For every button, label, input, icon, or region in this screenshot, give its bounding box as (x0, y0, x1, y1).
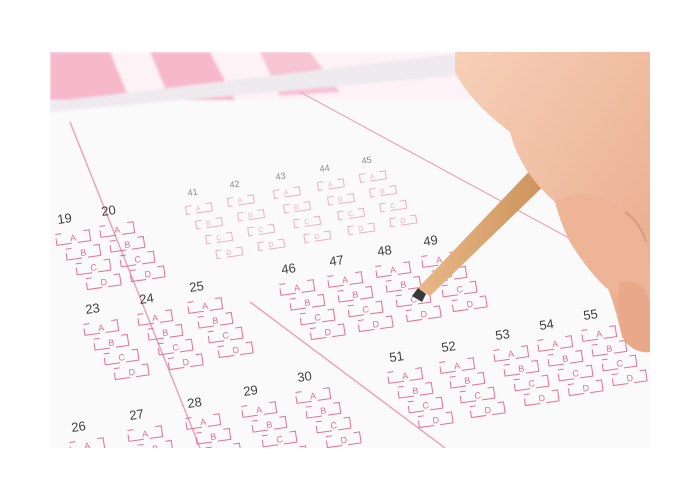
option-letter: C (216, 235, 222, 243)
option-letter: B (162, 327, 169, 338)
option-letter: D (144, 269, 152, 280)
question-28: 28ABCD (182, 389, 251, 448)
option-letter: B (562, 353, 569, 364)
option-letter: D (420, 309, 428, 320)
question-42: 42ABCD (225, 174, 285, 254)
option-letter: D (358, 226, 364, 234)
option-letter: C (456, 284, 464, 295)
question-number: 43 (275, 171, 286, 182)
option-letter: C (172, 342, 180, 353)
option-letter: B (266, 419, 273, 430)
question-number: 25 (188, 278, 204, 295)
question-number: 48 (376, 242, 392, 259)
question-24: 24ABCD (134, 285, 203, 373)
option-letter: A (369, 173, 375, 181)
option-letter: D (324, 327, 332, 338)
question-number: 49 (422, 232, 438, 249)
option-letter: B (108, 337, 115, 348)
option-letter: C (330, 420, 338, 431)
option-letter: C (134, 254, 142, 265)
question-number: 28 (186, 394, 202, 411)
option-letter: D (466, 299, 474, 310)
option-letter: C (222, 330, 230, 341)
option-letter: B (304, 297, 311, 308)
option-letter: A (199, 417, 206, 428)
question-number: 20 (100, 202, 116, 219)
option-letter: A (309, 391, 316, 402)
question-number: 27 (128, 406, 144, 423)
option-letter: A (453, 361, 460, 372)
option-letter: B (152, 443, 159, 448)
option-letter: A (83, 441, 90, 448)
option-letter: B (380, 188, 386, 196)
question-number: 42 (229, 179, 240, 190)
option-letter: C (528, 378, 536, 389)
option-letter: D (268, 242, 274, 250)
option-letter: C (390, 203, 396, 211)
option-letter: A (237, 197, 243, 205)
option-letter: D (128, 367, 136, 378)
option-letter: D (538, 393, 546, 404)
question-27: 27ABCD (124, 401, 193, 448)
question-25: 25ABCD (184, 273, 253, 361)
option-letter: B (124, 239, 131, 250)
option-letter: D (100, 277, 108, 288)
question-number: 30 (296, 368, 312, 385)
option-letter: B (338, 196, 344, 204)
option-letter: D (400, 218, 406, 226)
column-divider (70, 122, 200, 448)
option-letter: A (255, 405, 262, 416)
option-letter: C (616, 358, 624, 369)
option-letter: D (226, 250, 232, 258)
option-letter: A (341, 275, 348, 286)
question-51: 51ABCD (384, 343, 453, 431)
option-letter: D (372, 319, 380, 330)
option-letter: A (551, 339, 558, 350)
question-number: 44 (319, 163, 330, 174)
answer-sheet-photo: 19ABCD20ABCD23ABCD24ABCD25ABCD26ABCD27AB… (50, 52, 650, 448)
option-letter: B (206, 220, 212, 228)
answer-bubble (272, 446, 307, 448)
option-letter: A (151, 313, 158, 324)
option-letter: C (220, 446, 228, 448)
question-43: 43ABCD (271, 166, 331, 246)
question-23: 23ABCD (80, 295, 149, 383)
question-number: 46 (280, 260, 296, 277)
question-20: 20ABCD (96, 197, 165, 285)
option-letter: B (518, 363, 525, 374)
option-letter: B (412, 385, 419, 396)
question-52: 52ABCD (436, 333, 505, 421)
option-letter: C (474, 390, 482, 401)
option-letter: D (626, 373, 634, 384)
question-number: 24 (138, 290, 154, 307)
option-letter: D (340, 435, 348, 446)
option-letter: A (401, 371, 408, 382)
column-divider (250, 302, 445, 448)
option-letter: A (293, 283, 300, 294)
option-letter: C (118, 352, 126, 363)
question-47: 47ABCD (324, 247, 393, 335)
option-letter: A (389, 265, 396, 276)
option-letter: B (400, 279, 407, 290)
option-letter: B (212, 315, 219, 326)
option-letter: A (327, 181, 333, 189)
question-number: 23 (84, 300, 100, 317)
photo-illustration: 19ABCD20ABCD23ABCD24ABCD25ABCD26ABCD27AB… (50, 52, 650, 448)
option-letter: B (294, 204, 300, 212)
option-letter: A (69, 233, 76, 244)
question-number: 55 (582, 306, 598, 323)
question-number: 29 (242, 382, 258, 399)
option-letter: D (484, 405, 492, 416)
option-letter: C (258, 227, 264, 235)
question-number: 54 (538, 316, 554, 333)
option-letter: B (352, 289, 359, 300)
question-41: 41ABCD (183, 182, 243, 262)
option-letter: A (141, 429, 148, 440)
option-letter: D (314, 234, 320, 242)
question-number: 19 (56, 210, 72, 227)
question-45: 45ABCD (357, 150, 417, 230)
question-number: 41 (187, 187, 198, 198)
option-letter: A (507, 349, 514, 360)
question-number: 52 (440, 338, 456, 355)
option-letter: D (182, 357, 190, 368)
question-29: 29ABCD (238, 377, 307, 448)
question-30: 30ABCD (292, 363, 361, 448)
option-letter: C (276, 434, 284, 445)
option-letter: C (90, 262, 98, 273)
option-letter: B (606, 343, 613, 354)
option-letter: A (201, 301, 208, 312)
question-number: 45 (361, 155, 372, 166)
question-44: 44ABCD (315, 158, 375, 238)
option-letter: A (283, 189, 289, 197)
option-letter: D (432, 415, 440, 426)
option-letter: B (320, 405, 327, 416)
question-number: 51 (388, 348, 404, 365)
question-number: 26 (70, 418, 86, 435)
question-26: 26ABCD (66, 413, 135, 448)
question-number: 47 (328, 252, 344, 269)
option-letter: B (80, 247, 87, 258)
option-letter: C (422, 400, 430, 411)
option-letter: B (210, 431, 217, 442)
option-letter: C (304, 219, 310, 227)
option-letter: C (314, 312, 322, 323)
option-letter: B (464, 375, 471, 386)
option-letter: C (348, 211, 354, 219)
option-letter: A (97, 323, 104, 334)
option-letter: D (582, 383, 590, 394)
option-letter: C (362, 304, 370, 315)
option-letter: D (232, 345, 240, 356)
option-letter: B (248, 212, 254, 220)
option-letter: A (595, 329, 602, 340)
option-letter: C (572, 368, 580, 379)
question-number: 53 (494, 326, 510, 343)
option-letter: A (195, 205, 201, 213)
option-letter: A (113, 225, 120, 236)
